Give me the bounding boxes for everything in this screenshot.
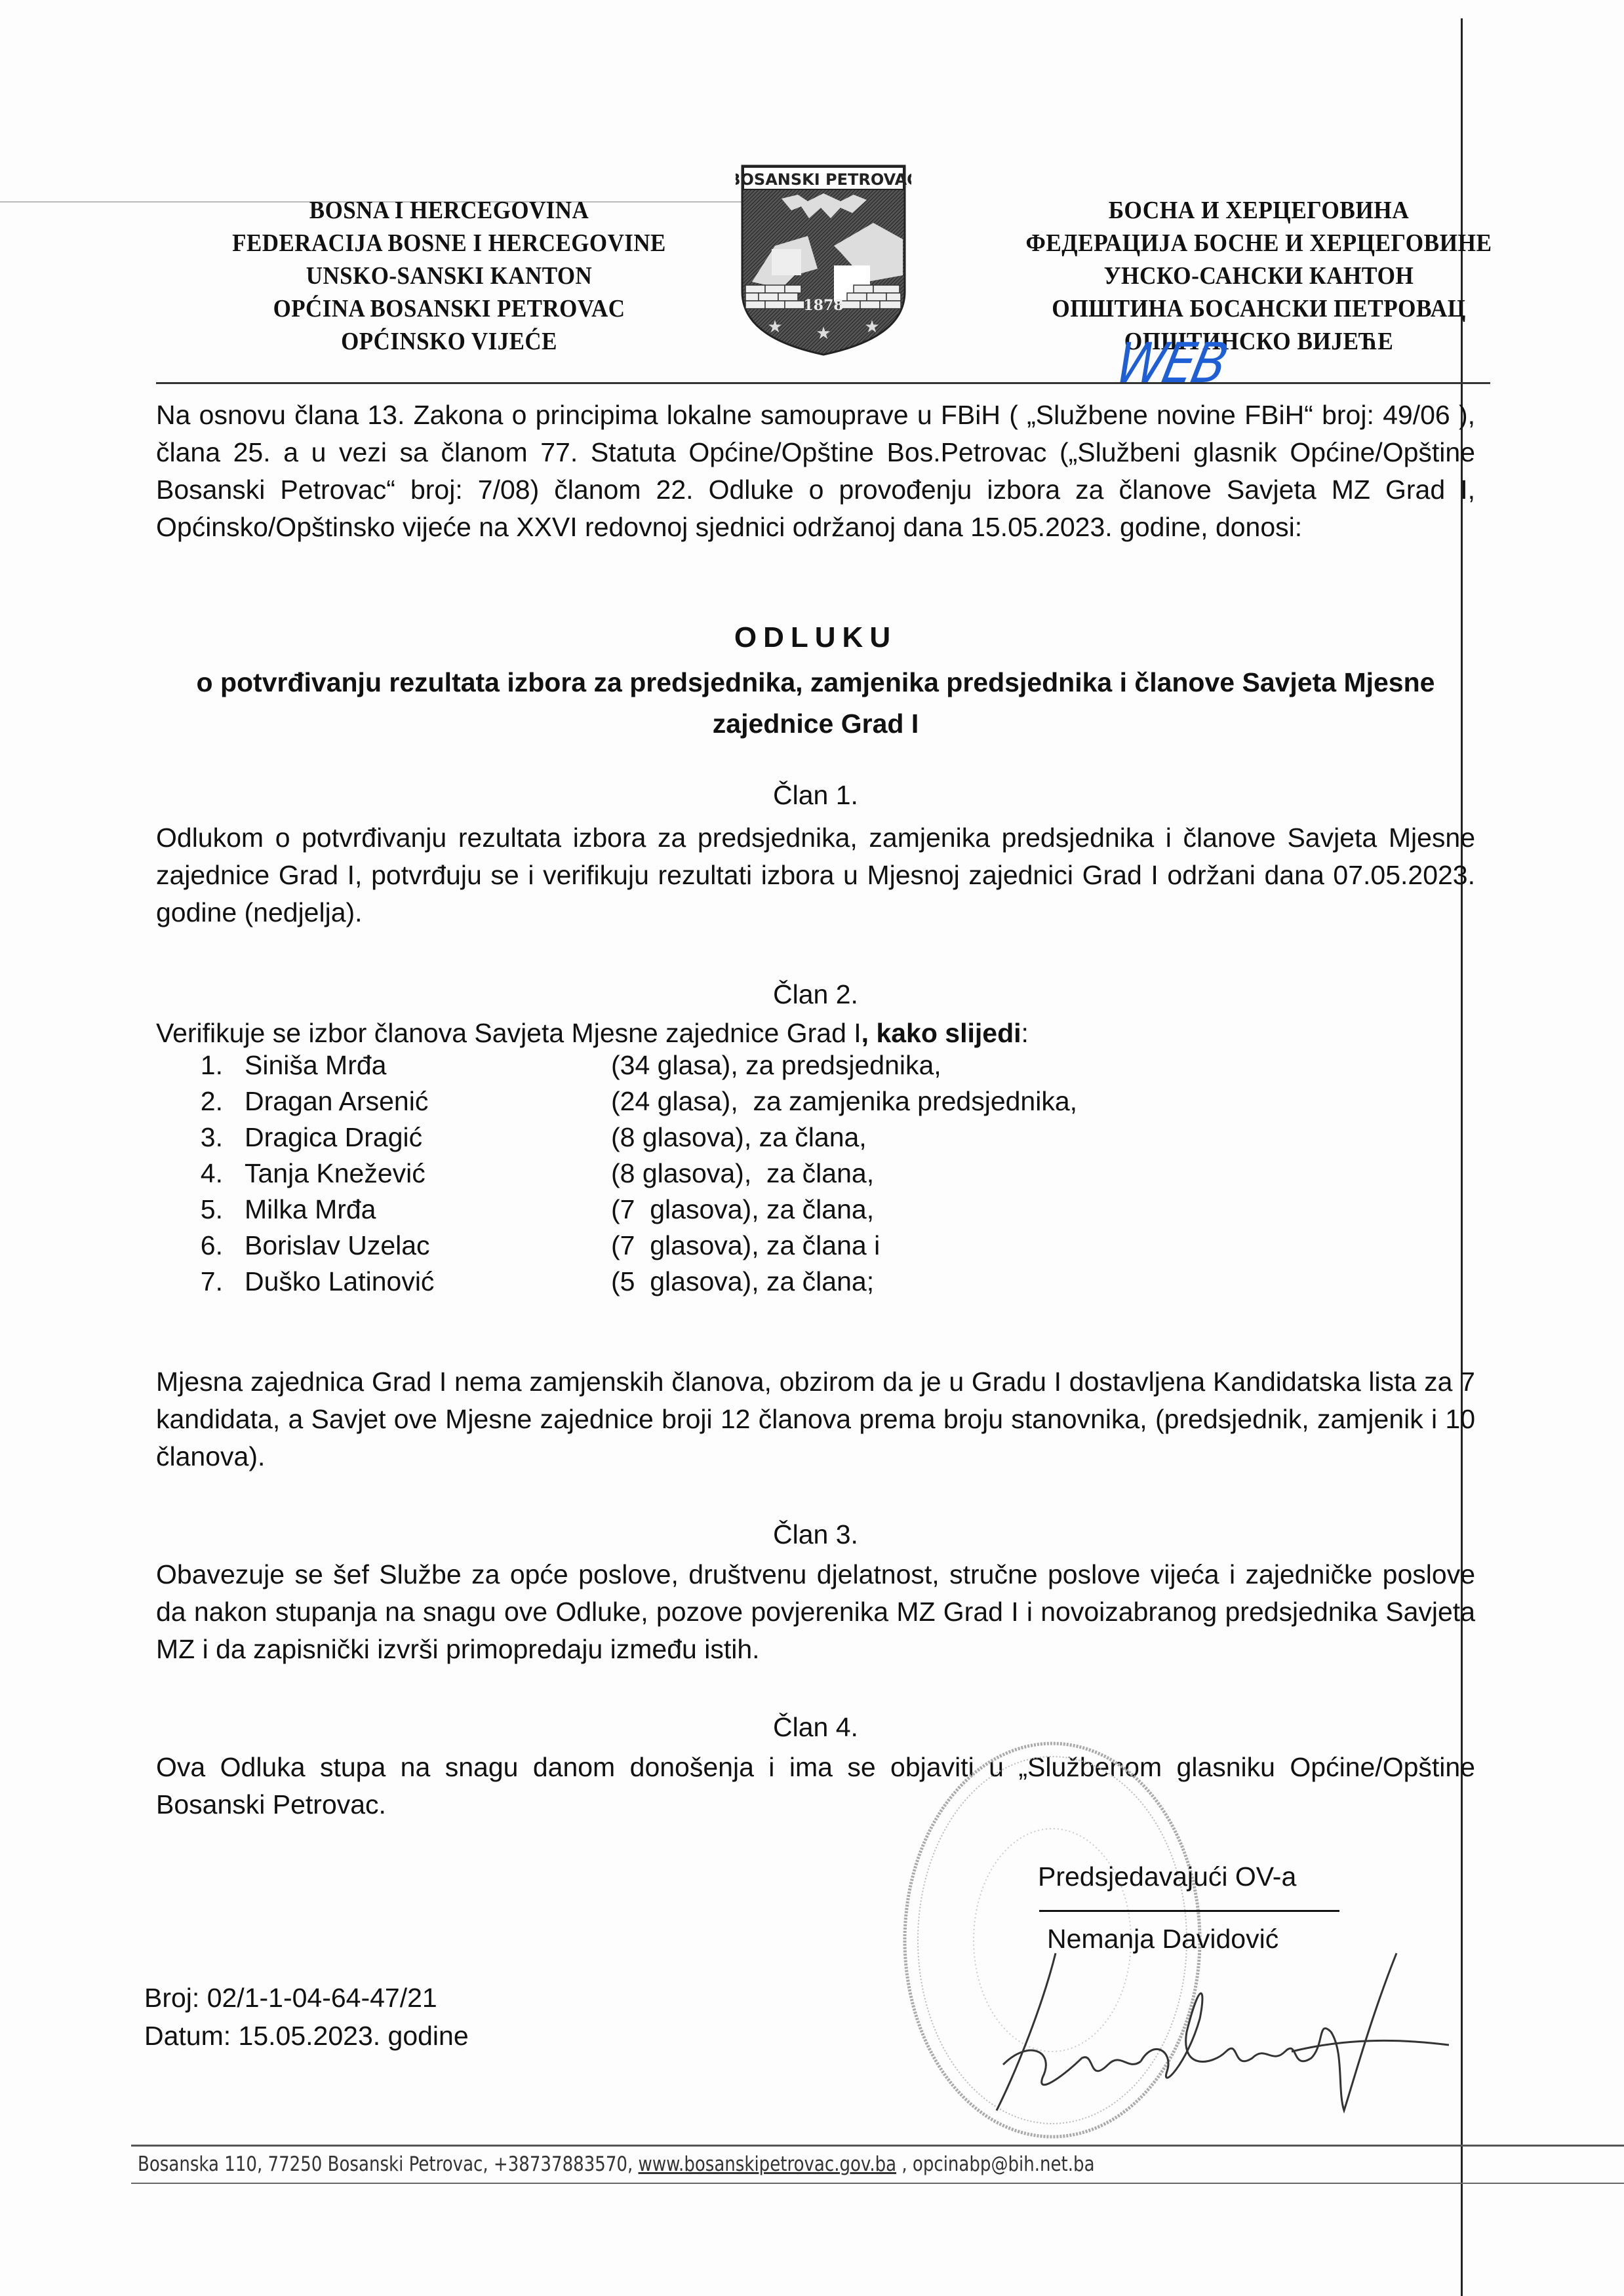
member-name: Borislav Uzelac xyxy=(245,1230,430,1261)
signature-line xyxy=(1039,1910,1339,1912)
member-votes: (7 glasova), za člana i xyxy=(611,1230,880,1261)
municipality-crest-icon: BOSANSKI PETROVAC 1878 ★ ★ ★ xyxy=(736,161,911,357)
decision-title: ODLUKU xyxy=(156,621,1475,654)
article-4-text: Ova Odluka stupa na snagu danom donošenj… xyxy=(156,1749,1475,1823)
list-item: 6. Borislav Uzelac (7 glasova), za člana… xyxy=(197,1230,1311,1266)
member-votes: (34 glasa), za predsjednika, xyxy=(611,1050,941,1081)
member-number: 6. xyxy=(197,1230,223,1261)
list-item: 2. Dragan Arsenić (24 glasa), za zamjeni… xyxy=(197,1086,1311,1122)
list-item: 3. Dragica Dragić (8 glasova), za člana, xyxy=(197,1122,1311,1158)
member-votes: (7 glasova), za člana, xyxy=(611,1194,874,1225)
header-latin-line: OPĆINA BOSANSKI PETROVAC xyxy=(199,292,700,325)
article-3-text: Obavezuje se šef Službe za opće poslove,… xyxy=(156,1556,1475,1668)
article-1-text: Odlukom o potvrđivanju rezultata izbora … xyxy=(156,819,1475,931)
list-item: 4. Tanja Knežević (8 glasova), za člana, xyxy=(197,1158,1311,1194)
footer-bottom-rule xyxy=(131,2183,1624,2184)
header-latin-line: UNSKO-SANSKI KANTON xyxy=(199,260,700,292)
article-4-heading: Član 4. xyxy=(156,1712,1475,1743)
document-number: Broj: 02/1-1-04-64-47/21 xyxy=(144,1983,437,2014)
header-cyrillic: БОСНА И ХЕРЦЕГОВИНА ФЕДЕРАЦИЈА БОСНЕ И Х… xyxy=(985,194,1534,358)
svg-text:★: ★ xyxy=(816,324,831,343)
member-name: Milka Mrđa xyxy=(245,1194,376,1225)
member-votes: (5 glasova), za člana; xyxy=(611,1266,874,1297)
article-1-heading: Član 1. xyxy=(156,780,1475,811)
header-cyrillic-line: УНСКО-САНСКИ КАНТОН xyxy=(985,260,1534,292)
article-2-intro-bold: , kako slijedi xyxy=(862,1018,1021,1048)
header-cyrillic-line: ФЕДЕРАЦИЈА БОСНЕ И ХЕРЦЕГОВИНЕ xyxy=(985,227,1534,260)
list-item: 5. Milka Mrđa (7 glasova), za člana, xyxy=(197,1194,1311,1230)
article-2-note: Mjesna zajednica Grad I nema zamjenskih … xyxy=(156,1363,1475,1475)
member-name: Duško Latinović xyxy=(245,1266,434,1297)
preamble-text: Na osnovu člana 13. Zakona o principima … xyxy=(156,397,1475,546)
article-3-heading: Član 3. xyxy=(156,1519,1475,1550)
elected-members-list: 1. Siniša Mrđa (34 glasa), za predsjedni… xyxy=(197,1050,1311,1302)
member-number: 1. xyxy=(197,1050,223,1081)
member-name: Dragica Dragić xyxy=(245,1122,422,1153)
article-2-heading: Član 2. xyxy=(156,979,1475,1010)
footer-website-link[interactable]: www.bosanskipetrovac.gov.ba xyxy=(639,2152,897,2176)
list-item: 7. Duško Latinović (5 glasova), za člana… xyxy=(197,1266,1311,1302)
member-number: 3. xyxy=(197,1122,223,1153)
member-name: Tanja Knežević xyxy=(245,1158,426,1189)
member-number: 7. xyxy=(197,1266,223,1297)
member-name: Siniša Mrđa xyxy=(245,1050,386,1081)
svg-text:BOSANSKI PETROVAC: BOSANSKI PETROVAC xyxy=(736,170,911,189)
document-date: Datum: 15.05.2023. godine xyxy=(144,2021,469,2052)
header-latin: BOSNA I HERCEGOVINA FEDERACIJA BOSNE I H… xyxy=(199,194,700,358)
member-votes: (24 glasa), za zamjenika predsjednika, xyxy=(611,1086,1077,1117)
header-cyrillic-line: ОПШТИНСКО ВИЈЕЋЕ xyxy=(985,325,1534,358)
footer-email[interactable]: opcinabp@bih.net.ba xyxy=(913,2152,1095,2176)
list-item: 1. Siniša Mrđa (34 glasa), za predsjedni… xyxy=(197,1050,1311,1086)
footer-contact: Bosanska 110, 77250 Bosanski Petrovac, +… xyxy=(138,2152,1095,2176)
header-cyrillic-line: БОСНА И ХЕРЦЕГОВИНА xyxy=(985,194,1534,227)
article-2-intro-end: : xyxy=(1021,1018,1029,1048)
article-2-intro-text: Verifikuje se izbor članova Savjeta Mjes… xyxy=(156,1018,862,1048)
svg-text:★: ★ xyxy=(767,317,782,337)
header-divider xyxy=(156,382,1490,384)
article-2-intro: Verifikuje se izbor članova Savjeta Mjes… xyxy=(156,1015,1475,1052)
member-number: 4. xyxy=(197,1158,223,1189)
member-votes: (8 glasova), za člana, xyxy=(611,1122,867,1153)
member-name: Dragan Arsenić xyxy=(245,1086,428,1117)
member-number: 5. xyxy=(197,1194,223,1225)
handwritten-signature-icon xyxy=(977,1940,1449,2124)
signatory-title: Predsjedavajući OV-a xyxy=(1038,1861,1296,1892)
member-number: 2. xyxy=(197,1086,223,1117)
header-cyrillic-line: ОПШТИНА БОСАНСКИ ПЕТРОВАЦ xyxy=(985,292,1534,325)
footer-top-rule xyxy=(131,2145,1624,2147)
header-latin-line: BOSNA I HERCEGOVINA xyxy=(199,194,700,227)
header-latin-line: FEDERACIJA BOSNE I HERCEGOVINE xyxy=(199,227,700,260)
footer-address: Bosanska 110, 77250 Bosanski Petrovac, +… xyxy=(138,2152,639,2176)
handwritten-web-note: WEB xyxy=(1111,331,1231,395)
document-page: BOSNA I HERCEGOVINA FEDERACIJA BOSNE I H… xyxy=(0,0,1624,2296)
scan-artifact-vertical-line xyxy=(1461,18,1463,2296)
svg-text:★: ★ xyxy=(864,317,879,337)
member-votes: (8 glasova), za člana, xyxy=(611,1158,874,1189)
decision-subtitle: o potvrđivanju rezultata izbora za preds… xyxy=(156,662,1475,745)
svg-text:1878: 1878 xyxy=(803,297,843,314)
footer-separator: , xyxy=(896,2152,913,2176)
header-latin-line: OPĆINSKO VIJEĆE xyxy=(199,325,700,358)
